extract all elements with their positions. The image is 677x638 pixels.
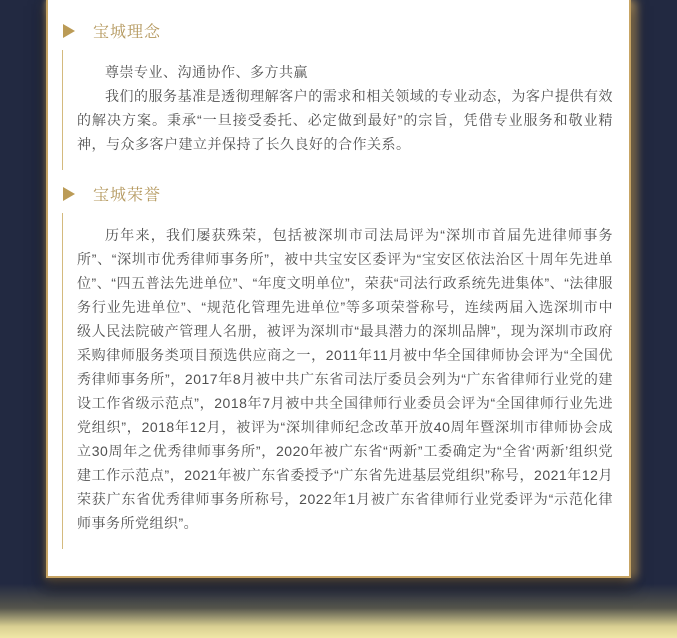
content-card: 宝城理念 尊崇专业、沟通协作、多方共赢 我们的服务基准是透彻理解客户的需求和相关… [46, 0, 631, 578]
philosophy-title: 宝城理念 [93, 19, 161, 42]
philosophy-slogan: 尊崇专业、沟通协作、多方共赢 [77, 60, 613, 84]
honors-heading: 宝城荣誉 [63, 182, 629, 205]
philosophy-heading: 宝城理念 [63, 19, 629, 42]
section-philosophy: 宝城理念 尊崇专业、沟通协作、多方共赢 我们的服务基准是透彻理解客户的需求和相关… [48, 19, 629, 170]
honors-title: 宝城荣誉 [93, 182, 161, 205]
philosophy-paragraph: 我们的服务基准是透彻理解客户的需求和相关领域的专业动态，为客户提供有效的解决方案… [77, 84, 613, 156]
honors-paragraph: 历年来，我们屡获殊荣，包括被深圳市司法局评为“深圳市首届先进律师事务所”、“深圳… [77, 223, 613, 535]
page-background: { "theme": { "background_navy": "#222941… [0, 0, 677, 638]
honors-content: 历年来，我们屡获殊荣，包括被深圳市司法局评为“深圳市首届先进律师事务所”、“深圳… [62, 213, 629, 549]
section-honors: 宝城荣誉 历年来，我们屡获殊荣，包括被深圳市司法局评为“深圳市首届先进律师事务所… [48, 182, 629, 549]
philosophy-content: 尊崇专业、沟通协作、多方共赢 我们的服务基准是透彻理解客户的需求和相关领域的专业… [62, 50, 629, 170]
triangle-right-icon [63, 187, 75, 201]
triangle-right-icon [63, 24, 75, 38]
